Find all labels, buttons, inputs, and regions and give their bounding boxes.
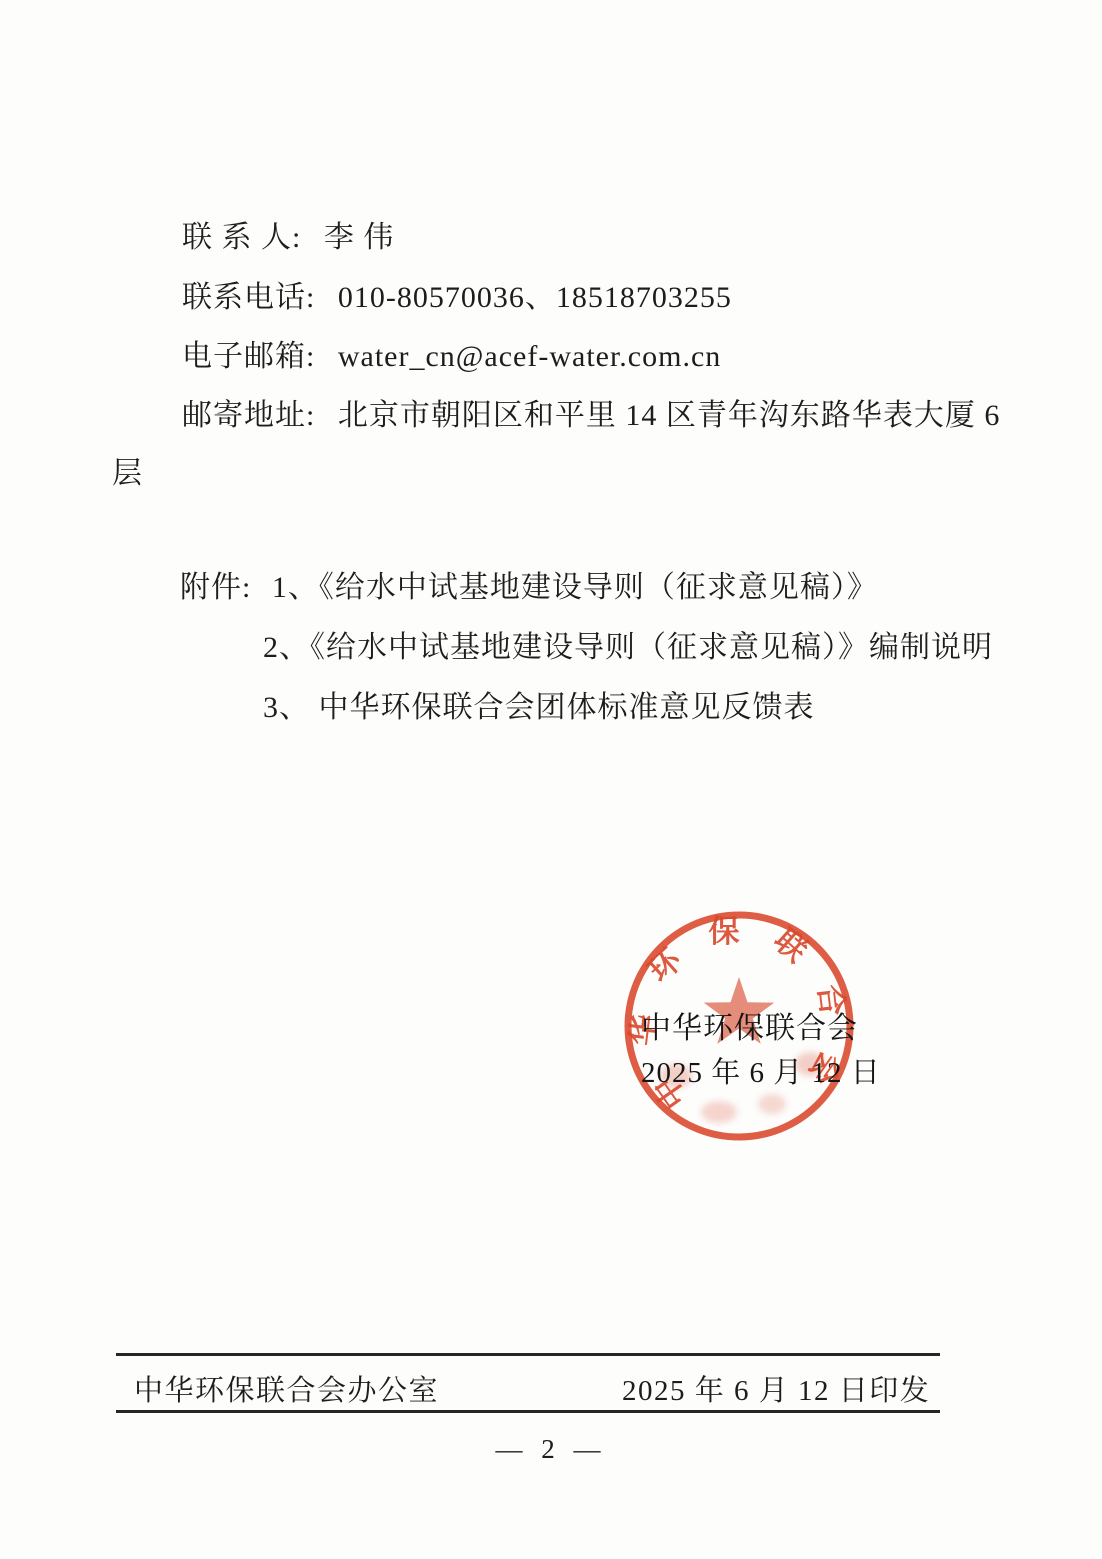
contact-phone-label: 联系电话: — [182, 281, 315, 314]
contact-phone-line: 联系电话: 010-80570036、18518703255 — [182, 272, 732, 316]
footer-rule-top — [116, 1353, 940, 1356]
attachment-item-2: 2、《给水中试基地建设导则（征求意见稿）》编制说明 — [263, 622, 993, 666]
contact-person-label: 联 系 人: — [182, 221, 301, 254]
contact-address-label: 邮寄地址: — [182, 399, 315, 432]
contact-person-value: 李 伟 — [324, 221, 395, 254]
contact-phone-value: 010-80570036、18518703255 — [338, 281, 732, 314]
contact-address-wrap-line: 层 — [112, 448, 143, 492]
contact-address-line: 邮寄地址: 北京市朝阳区和平里 14 区青年沟东路华表大厦 6 — [182, 390, 1000, 434]
document-page: 联 系 人: 李 伟 联系电话: 010-80570036、1851870325… — [0, 0, 1102, 1559]
contact-email-line: 电子邮箱: water_cn@acef-water.com.cn — [182, 331, 721, 375]
attachments-line-1: 附件: 1、《给水中试基地建设导则（征求意见稿）》 — [180, 562, 878, 606]
contact-email-value: water_cn@acef-water.com.cn — [338, 340, 721, 373]
contact-address-value: 北京市朝阳区和平里 14 区青年沟东路华表大厦 6 — [338, 399, 1001, 432]
footer-rule-bottom — [116, 1410, 940, 1413]
footer-print-date: 2025 年 6 月 12 日印发 — [622, 1368, 930, 1409]
attachments-label: 附件: — [180, 571, 251, 604]
signature-org: 中华环保联合会 — [641, 1003, 858, 1047]
footer-office: 中华环保联合会办公室 — [134, 1368, 439, 1409]
contact-address-wrap: 层 — [112, 457, 143, 490]
signature-date: 2025 年 6 月 12 日 — [641, 1050, 881, 1091]
seal-smudge — [758, 1094, 786, 1114]
contact-email-label: 电子邮箱: — [182, 340, 315, 373]
page-number: — 2 — — [0, 1434, 1102, 1465]
attachment-item-3: 3、 中华环保联合会团体标准意见反馈表 — [263, 682, 815, 726]
attachment-item-1: 1、《给水中试基地建设导则（征求意见稿）》 — [272, 571, 878, 604]
seal-smudge — [701, 1101, 737, 1123]
contact-person-line: 联 系 人: 李 伟 — [182, 212, 394, 256]
